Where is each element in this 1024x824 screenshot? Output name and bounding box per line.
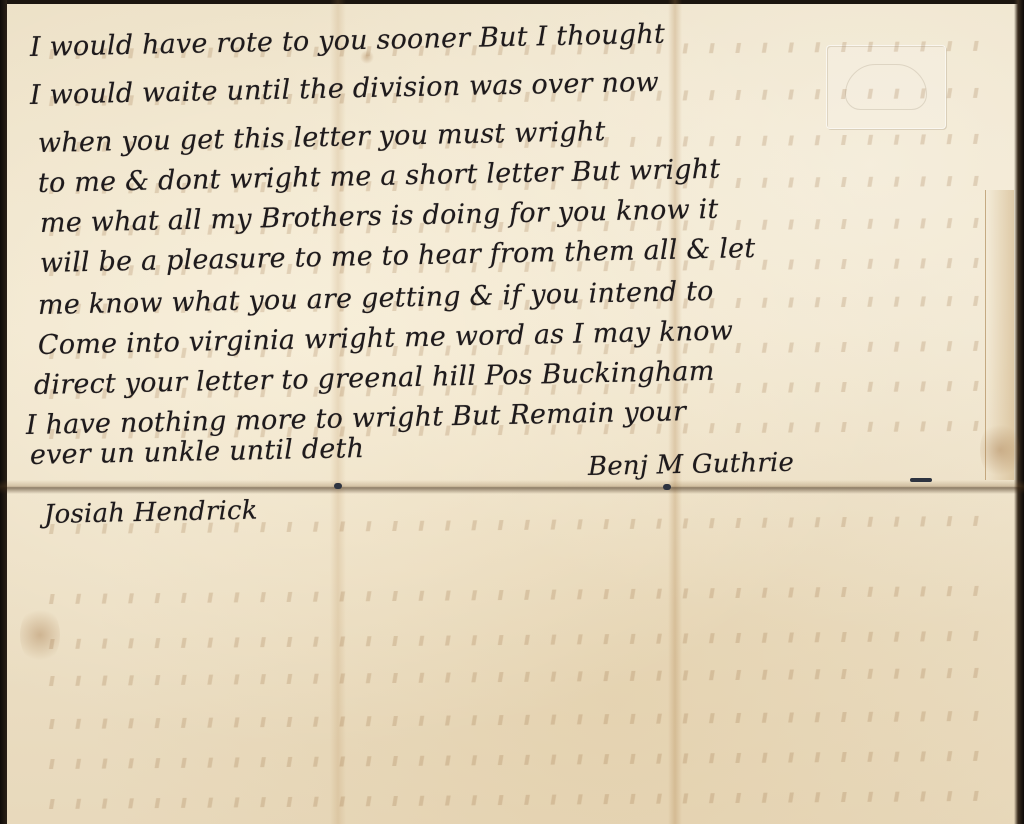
letter-body: I would have rote to you sooner But I th… xyxy=(0,0,1024,824)
letter-line: me know what you are getting & if you in… xyxy=(38,276,714,321)
letter-line: me what all my Brothers is doing for you… xyxy=(40,194,719,239)
signature: Benj M Guthrie xyxy=(588,448,795,482)
letter-line: to me & dont wright me a short letter Bu… xyxy=(38,154,721,199)
letter-line: ever un unkle until deth xyxy=(30,433,365,471)
letter-line: when you get this letter you must wright xyxy=(38,116,606,159)
letter-line: will be a pleasure to me to hear from th… xyxy=(40,233,756,279)
letter-line: I would waite until the division was ove… xyxy=(30,67,659,111)
letter-line: direct your letter to greenal hill Pos B… xyxy=(34,356,715,401)
letter-line: Come into virginia wright me word as I m… xyxy=(38,315,734,361)
letter-page: I would have rote to you sooner But I th… xyxy=(0,0,1024,824)
addressee-name: Josiah Hendrick xyxy=(44,496,258,530)
letter-line: I would have rote to you sooner But I th… xyxy=(30,19,666,63)
